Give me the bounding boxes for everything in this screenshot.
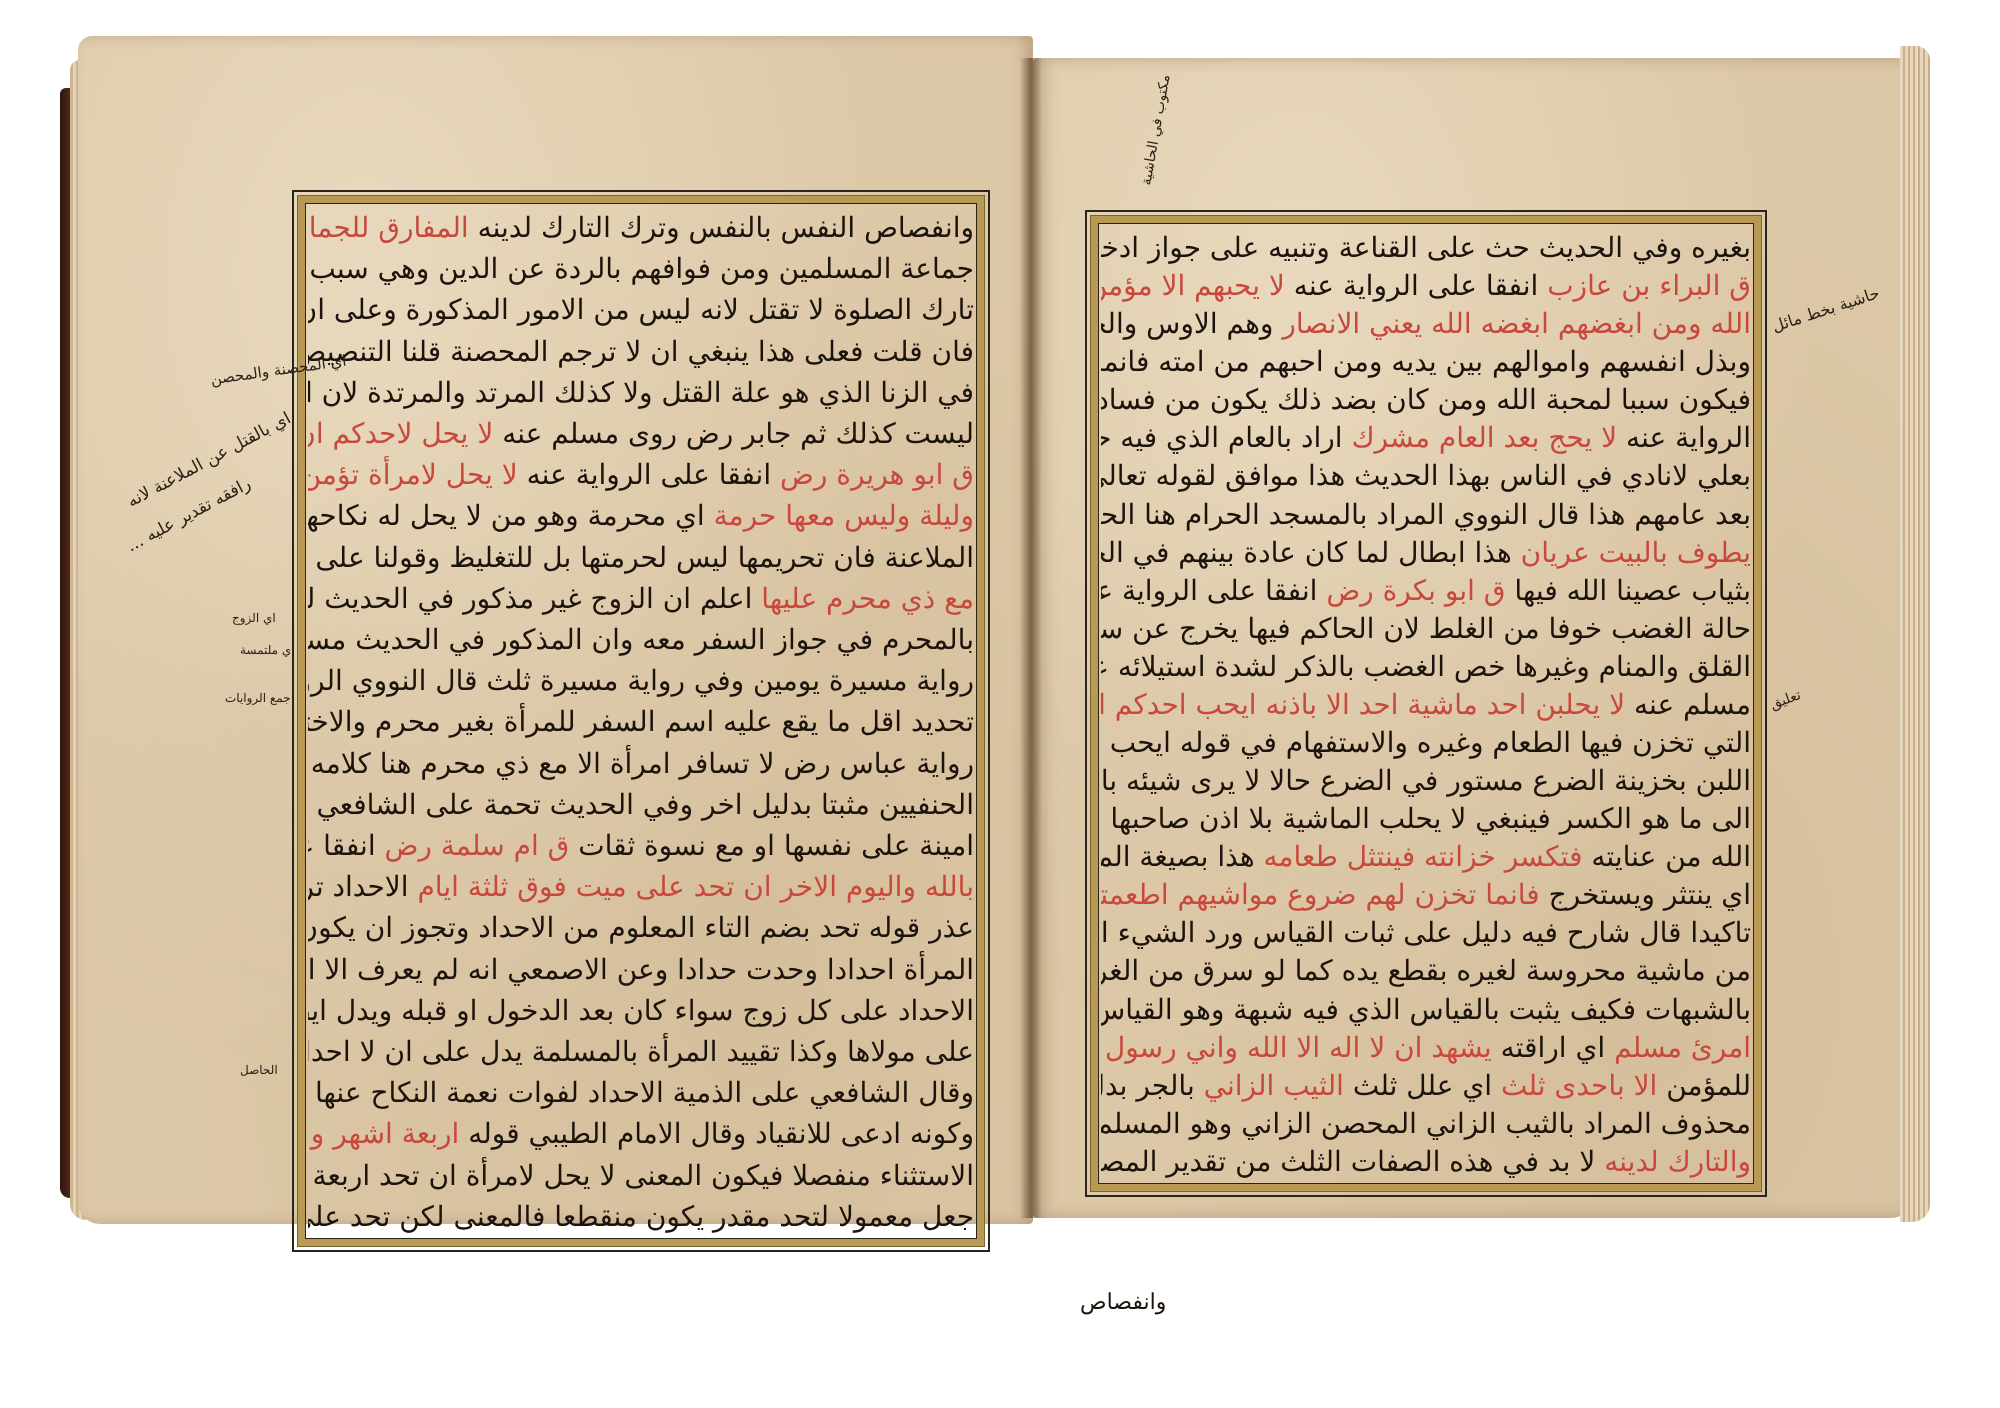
right-page-stack — [1900, 46, 1930, 1222]
text-line: في الزنا الذي هو علة القتل ولا كذلك المر… — [308, 374, 974, 412]
rubric-text: بالله واليوم الاخر ان تحد على ميت فوق ثل… — [417, 870, 974, 903]
body-text: فان قلت فعلى هذا ينبغي ان لا ترجم المحصن… — [308, 335, 974, 368]
text-line: والتارك لدينه لا بد في هذه الصفات الثلث … — [1101, 1143, 1751, 1181]
body-text: في الزنا الذي هو علة القتل ولا كذلك المر… — [308, 376, 974, 409]
body-text: للمؤمن — [1657, 1069, 1751, 1102]
text-line: التي تخزن فيها الطعام وغيره والاستفهام ف… — [1101, 724, 1751, 762]
body-text: القلق والمنام وغيرها خص الغضب بالذكر لشد… — [1101, 650, 1751, 683]
body-text: امينة على نفسها او مع نسوة ثقات — [569, 829, 974, 862]
body-text: فيكون سببا لمحبة الله ومن كان بضد ذلك يك… — [1101, 383, 1751, 416]
right-text-block: بغيره وفي الحديث حث على القناعة وتنبيه ع… — [1101, 229, 1751, 1181]
text-line: حالة الغضب خوفا من الغلط لان الحاكم فيها… — [1101, 610, 1751, 648]
body-text: الله من عنايته — [1582, 840, 1751, 873]
text-line: تاكيدا قال شارح فيه دليل على ثبات القياس… — [1101, 914, 1751, 952]
body-text: بالمحرم في جواز السفر معه وان المذكور في… — [308, 623, 974, 656]
body-text: بالشبهات فكيف يثبت بالقياس الذي فيه شبهة… — [1101, 993, 1751, 1026]
body-text: وهم الاوس والخزرج كان رسول الله م يحبهم … — [1101, 307, 1282, 340]
body-text: حالة الغضب خوفا من الغلط لان الحاكم فيها… — [1101, 612, 1751, 645]
text-line: وانفصاص النفس بالنفس وترك التارك لدينه ا… — [308, 209, 974, 247]
body-text: الاستثناء منفصلا فيكون المعنى لا يحل لام… — [308, 1159, 974, 1192]
body-text: وقال الشافعي على الذمية الاحداد لفوات نع… — [308, 1076, 974, 1109]
text-line: المرأة احدادا وحدت حدادا وعن الاصمعي انه… — [308, 951, 974, 989]
text-line: امينة على نفسها او مع نسوة ثقات ق ام سلم… — [308, 827, 974, 865]
rubric-text: ق البراء بن عازب — [1547, 269, 1751, 302]
text-line: جعل معمولا لتحد مقدر يكون منقطعا فالمعنى… — [308, 1198, 974, 1236]
text-line: الملاعنة فان تحريمها ليس لحرمتها بل للتغ… — [308, 539, 974, 577]
body-text: رواية عباس رض لا تسافر امرأة الا مع ذي م… — [308, 747, 974, 780]
rubric-text: اربعة اشهر وعشرا — [308, 1117, 459, 1150]
body-text: جعل معمولا لتحد مقدر يكون منقطعا فالمعنى… — [308, 1200, 974, 1233]
rubric-text: فانما تخزن لهم ضروع مواشيهم اطعمتهم فلا … — [1101, 878, 1540, 911]
body-text: هذا ابطال لما كان عادة بينهم في الجاهلية… — [1101, 536, 1521, 569]
text-line: الحنفيين مثبتا بدليل اخر وفي الحديث تحمة… — [308, 786, 974, 824]
body-text: اي علل ثلث — [1344, 1069, 1501, 1102]
rubric-text: الثيب الزاني — [1204, 1069, 1344, 1102]
text-line: مسلم عنه لا يحلبن احد ماشية احد الا باذن… — [1101, 686, 1751, 724]
body-text: الحنفيين مثبتا بدليل اخر وفي الحديث تحمة… — [308, 788, 974, 821]
body-text: الرواية عنه — [1617, 421, 1751, 454]
rubric-text: الله ومن ابغضهم ابغضه الله يعني الانصار — [1282, 307, 1751, 340]
text-line: بثياب عصينا الله فيها ق ابو بكرة رض انفق… — [1101, 572, 1751, 610]
body-text: لا بد في هذه الصفات الثلث من تقدير المصد… — [1101, 1145, 1604, 1178]
body-text: عذر قوله تحد بضم التاء المعلوم من الاحدا… — [308, 911, 974, 944]
text-line: جماعة المسلمين ومن فوافهم بالردة عن الدي… — [308, 250, 974, 288]
body-text: وانفصاص النفس بالنفس وترك التارك لدينه — [469, 211, 974, 244]
rubric-text: المفارق للجماعة — [308, 211, 469, 244]
body-text: الملاعنة فان تحريمها ليس لحرمتها بل للتغ… — [308, 541, 974, 574]
rubric-text: وليلة وليس معها حرمة — [714, 499, 974, 532]
text-line: ليست كذلك ثم جابر رض روى مسلم عنه لا يحل… — [308, 415, 974, 453]
text-line: ق البراء بن عازب انفقا على الرواية عنه ل… — [1101, 267, 1751, 305]
text-line: بالله واليوم الاخر ان تحد على ميت فوق ثل… — [308, 868, 974, 906]
rubric-text: الا باحدى ثلث — [1501, 1069, 1657, 1102]
text-line: ق ابو هريرة رض انفقا على الرواية عنه لا … — [308, 456, 974, 494]
body-text: وكونه ادعى للانقياد وقال الامام الطيبي ق… — [459, 1117, 974, 1150]
body-text: تارك الصلوة لا تقتل لانه ليس من الامور ا… — [308, 293, 974, 326]
body-text: محذوف المراد بالثيب الزاني المحصن الزاني… — [1101, 1107, 1751, 1140]
body-text: انفقا على الرواية عنه — [1285, 269, 1547, 302]
rubric-text: امرئ مسلم — [1614, 1031, 1751, 1064]
margin-note: جمع الروايات — [225, 688, 291, 708]
rubric-text: يشهد ان لا اله الا الله واني رسول الله — [1101, 1031, 1492, 1064]
rubric-text: ق ابو هريرة رض — [780, 458, 974, 491]
text-line: وبذل انفسهم واموالهم بين يديه ومن احبهم … — [1101, 343, 1751, 381]
body-text: هذا بصيغة المجهول والنون والتاء المثلثة … — [1101, 840, 1264, 873]
text-line: وكونه ادعى للانقياد وقال الامام الطيبي ق… — [308, 1115, 974, 1153]
rubric-text: يطوف بالبيت عريان — [1521, 536, 1751, 569]
text-line: اي ينتثر ويستخرج فانما تخزن لهم ضروع موا… — [1101, 876, 1751, 914]
text-line: محذوف المراد بالثيب الزاني المحصن الزاني… — [1101, 1105, 1751, 1143]
body-text: انفقا على الرواية عنها — [308, 829, 385, 862]
rubric-text: ق ام سلمة رض — [385, 829, 570, 862]
text-line: الى ما هو الكسر فينبغي لا يحلب الماشية ب… — [1101, 800, 1751, 838]
text-line: بالشبهات فكيف يثبت بالقياس الذي فيه شبهة… — [1101, 991, 1751, 1029]
body-text: جماعة المسلمين ومن فوافهم بالردة عن الدي… — [308, 252, 974, 285]
rubric-text: والتارك لدينه — [1604, 1145, 1751, 1178]
body-text: مسلم عنه — [1625, 688, 1751, 721]
text-line: رواية عباس رض لا تسافر امرأة الا مع ذي م… — [308, 745, 974, 783]
body-text: من ماشية محروسة لغيره بقطع يده كما لو سر… — [1101, 954, 1751, 987]
body-text: رواية مسيرة يومين وفي رواية مسيرة ثلث قا… — [308, 664, 974, 697]
text-line: اللبن بخزينة الضرع مستور في الضرع حالا ل… — [1101, 762, 1751, 800]
body-text: اي ينتثر ويستخرج — [1540, 878, 1751, 911]
text-line: الاحداد على كل زوج سواء كان بعد الدخول ا… — [308, 992, 974, 1030]
text-line: عذر قوله تحد بضم التاء المعلوم من الاحدا… — [308, 909, 974, 947]
text-line: يطوف بالبيت عريان هذا ابطال لما كان عادة… — [1101, 534, 1751, 572]
body-text: التي تخزن فيها الطعام وغيره والاستفهام ف… — [1101, 726, 1751, 759]
spine-gutter — [1020, 58, 1042, 1218]
text-line: تحديد اقل ما يقع عليه اسم السفر للمرأة ب… — [308, 703, 974, 741]
body-text: بغيره وفي الحديث حث على القناعة وتنبيه ع… — [1101, 231, 1751, 264]
body-text: اللبن بخزينة الضرع مستور في الضرع حالا ل… — [1101, 764, 1751, 797]
body-text: تحديد اقل ما يقع عليه اسم السفر للمرأة ب… — [308, 705, 974, 738]
body-text: انفقا على الرواية عنه — [518, 458, 780, 491]
body-text: بثياب عصينا الله فيها — [1506, 574, 1751, 607]
text-line: الله ومن ابغضهم ابغضه الله يعني الانصار … — [1101, 305, 1751, 343]
text-line: بعلي لانادي في الناس بهذا الحديث هذا موا… — [1101, 457, 1751, 495]
body-text: على مولاها وكذا تقييد المرأة بالمسلمة يد… — [308, 1035, 974, 1068]
body-text: انفقا على الرواية عنه — [1101, 574, 1326, 607]
body-text: المرأة احدادا وحدت حدادا وعن الاصمعي انه… — [308, 953, 974, 986]
body-text: الاحداد على كل زوج سواء كان بعد الدخول ا… — [308, 994, 974, 1027]
text-line: وليلة وليس معها حرمة اي محرمة وهو من لا … — [308, 497, 974, 535]
body-text: اي محرمة وهو من لا يحل له نكاحها لحرمتها… — [308, 499, 714, 532]
catchword: وانفصاص — [1080, 1290, 1166, 1315]
text-line: بالمحرم في جواز السفر معه وان المذكور في… — [308, 621, 974, 659]
rubric-text: لا يحل لامرأة تؤمن بالله واليوم الاخر ان… — [308, 458, 518, 491]
body-text: تاكيدا قال شارح فيه دليل على ثبات القياس… — [1101, 916, 1751, 949]
body-text: وبذل انفسهم واموالهم بين يديه ومن احبهم … — [1101, 345, 1751, 378]
text-line: الرواية عنه لا يحج بعد العام مشرك اراد ب… — [1101, 419, 1751, 457]
right-text-frame: بغيره وفي الحديث حث على القناعة وتنبيه ع… — [1085, 210, 1767, 1197]
text-line: بغيره وفي الحديث حث على القناعة وتنبيه ع… — [1101, 229, 1751, 267]
text-line: للمؤمن الا باحدى ثلث اي علل ثلث الثيب ال… — [1101, 1067, 1751, 1105]
margin-note: اي ملتمسة — [240, 640, 295, 660]
text-line: امرئ مسلم اي اراقته يشهد ان لا اله الا ا… — [1101, 1029, 1751, 1067]
text-line: من ماشية محروسة لغيره بقطع يده كما لو سر… — [1101, 952, 1751, 990]
body-text: بعلي لانادي في الناس بهذا الحديث هذا موا… — [1101, 459, 1751, 492]
open-manuscript: وانفصاص النفس بالنفس وترك التارك لدينه ا… — [0, 0, 2000, 1408]
text-line: الله من عنايته فتكسر خزانته فينتثل طعامه… — [1101, 838, 1751, 876]
margin-note: اي الزوج — [232, 608, 276, 628]
rubric-text: فتكسر خزانته فينتثل طعامه — [1264, 840, 1583, 873]
body-text: اي اراقته — [1492, 1031, 1614, 1064]
rubric-text: مع ذي محرم عليها — [761, 582, 974, 615]
text-line: على مولاها وكذا تقييد المرأة بالمسلمة يد… — [308, 1033, 974, 1071]
body-text: بعد عامهم هذا قال النووي المراد بالمسجد … — [1101, 498, 1751, 531]
left-text-frame: وانفصاص النفس بالنفس وترك التارك لدينه ا… — [292, 190, 990, 1252]
rubric-text: لا يحلبن احد ماشية احد الا باذنه ايحب اح… — [1101, 688, 1625, 721]
rubric-text: لا يحبهم الا مؤمن ولا يبغضهم الا منافق ف… — [1101, 269, 1285, 302]
text-line: القلق والمنام وغيرها خص الغضب بالذكر لشد… — [1101, 648, 1751, 686]
body-text: ليست كذلك ثم جابر رض روى مسلم عنه — [493, 417, 974, 450]
text-line: بعد عامهم هذا قال النووي المراد بالمسجد … — [1101, 496, 1751, 534]
rubric-text: لا يحج بعد العام مشرك — [1351, 421, 1617, 454]
body-text: الاحداد ترك الطيب والزينة والدهن من غير — [308, 870, 417, 903]
body-text: بالجر بدل من موصوف ثلث مقدر وبالرفع خبر … — [1101, 1069, 1204, 1102]
text-line: تارك الصلوة لا تقتل لانه ليس من الامور ا… — [308, 291, 974, 329]
text-line: مع ذي محرم عليها اعلم ان الزوج غير مذكور… — [308, 580, 974, 618]
margin-note: الحاصل — [240, 1060, 278, 1080]
text-line: الاستثناء منفصلا فيكون المعنى لا يحل لام… — [308, 1157, 974, 1195]
text-line: وقال الشافعي على الذمية الاحداد لفوات نع… — [308, 1074, 974, 1112]
body-text: اراد بالعام الذي فيه حجة الوداع وكان ابو… — [1101, 421, 1351, 454]
rubric-text: ق ابو بكرة رض — [1326, 574, 1505, 607]
body-text: الى ما هو الكسر فينبغي لا يحلب الماشية ب… — [1101, 802, 1751, 835]
text-line: رواية مسيرة يومين وفي رواية مسيرة ثلث قا… — [308, 662, 974, 700]
text-line: فيكون سببا لمحبة الله ومن كان بضد ذلك يك… — [1101, 381, 1751, 419]
left-text-block: وانفصاص النفس بالنفس وترك التارك لدينه ا… — [308, 209, 974, 1236]
text-line: فان قلت فعلى هذا ينبغي ان لا ترجم المحصن… — [308, 333, 974, 371]
rubric-text: لا يحل لاحدكم ان تحمل السلاح بمكة — [308, 417, 493, 450]
body-text: اعلم ان الزوج غير مذكور في الحديث لكنه م… — [308, 582, 761, 615]
